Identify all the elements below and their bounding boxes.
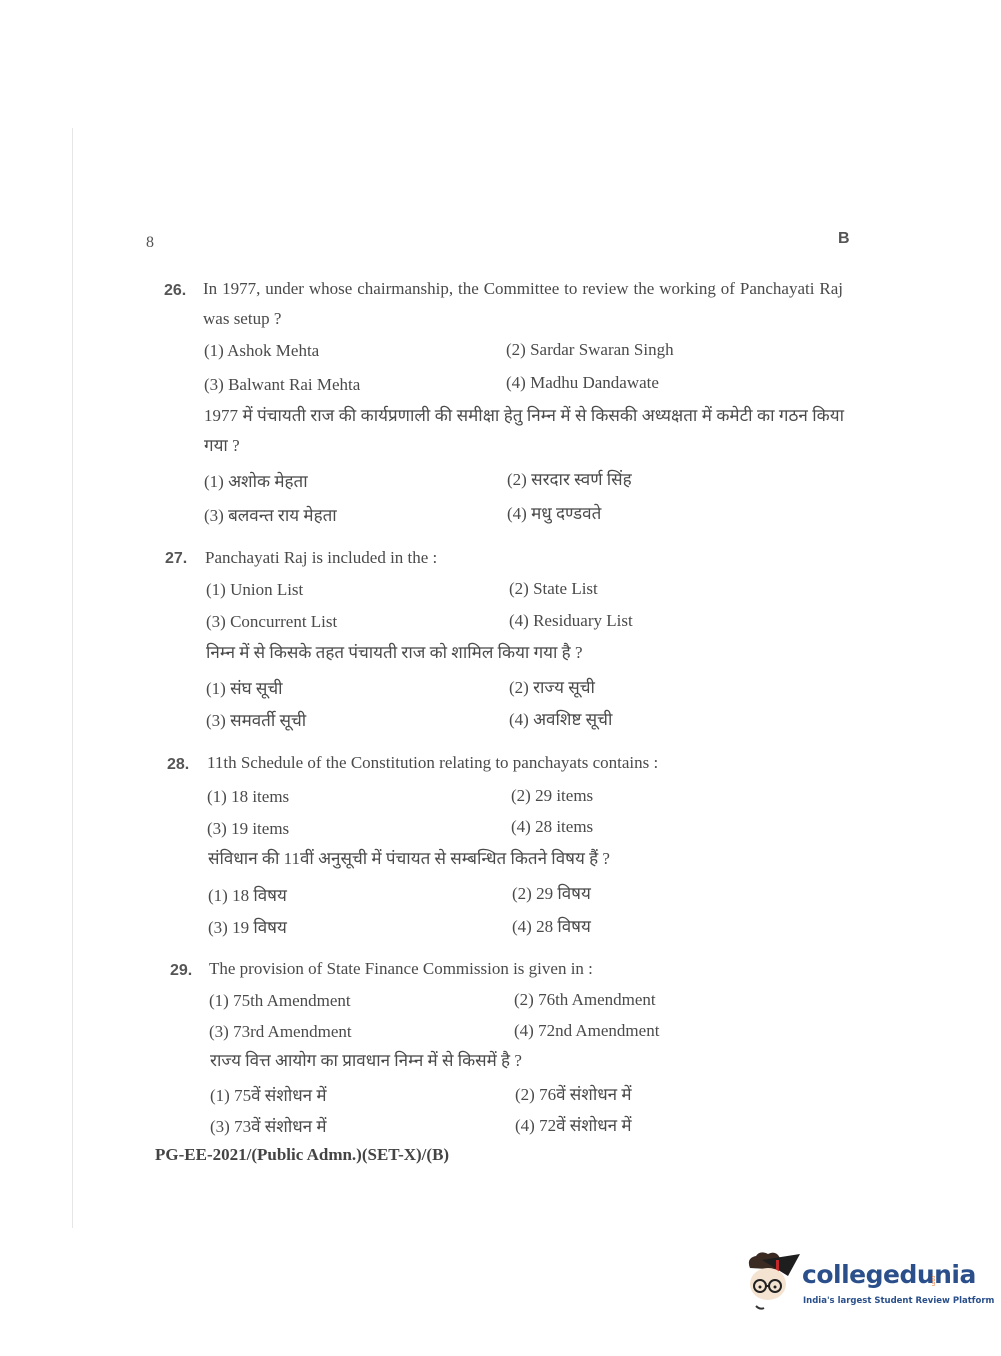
logo-tagline: India's largest Student Review Platform	[803, 1296, 994, 1306]
option-hi-1: (1) अशोक मेहता	[204, 469, 308, 492]
option-en-4: (4) Residuary List	[509, 611, 633, 631]
question-text-en: Panchayati Raj is included in the :	[205, 543, 845, 573]
page-margin-line	[72, 128, 73, 1228]
mascot-icon	[742, 1250, 802, 1316]
option-en-4: (4) 28 items	[511, 817, 593, 837]
option-hi-2: (2) राज्य सूची	[509, 675, 595, 698]
option-hi-1: (1) 18 विषय	[208, 883, 287, 906]
option-en-4: (4) 72nd Amendment	[514, 1021, 659, 1041]
option-en-2: (2) 76th Amendment	[514, 990, 656, 1010]
option-hi-3: (3) बलवन्त राय मेहता	[204, 503, 337, 526]
logo-suffix: .com	[930, 1274, 936, 1286]
option-en-1: (1) Union List	[206, 580, 303, 600]
question-text-hi: 1977 में पंचायती राज की कार्यप्रणाली की …	[204, 401, 844, 461]
question-text-hi: निम्न में से किसके तहत पंचायती राज को शा…	[206, 638, 846, 668]
question-text-en: The provision of State Finance Commissio…	[209, 954, 849, 984]
option-hi-2: (2) सरदार स्वर्ण सिंह	[507, 467, 632, 490]
option-en-2: (2) State List	[509, 579, 598, 599]
paper-code-footer: PG-EE-2021/(Public Admn.)(SET-X)/(B)	[155, 1145, 449, 1165]
option-en-3: (3) Balwant Rai Mehta	[204, 375, 360, 395]
logo-wordmark: collegedunia	[802, 1260, 976, 1289]
option-hi-1: (1) 75वें संशोधन में	[210, 1083, 327, 1106]
option-en-4: (4) Madhu Dandawate	[506, 373, 659, 393]
question-number: 29.	[170, 962, 192, 980]
option-hi-4: (4) अवशिष्ट सूची	[509, 707, 612, 730]
question-number: 26.	[164, 282, 186, 300]
question-number: 28.	[167, 756, 189, 774]
collegedunia-logo[interactable]: collegedunia .com India's largest Studen…	[742, 1250, 972, 1320]
set-code: B	[838, 230, 850, 248]
option-hi-3: (3) 19 विषय	[208, 915, 287, 938]
option-hi-3: (3) 73वें संशोधन में	[210, 1114, 327, 1137]
question-text-hi: संविधान की 11वीं अनुसूची में पंचायत से स…	[208, 844, 848, 874]
option-en-1: (1) 18 items	[207, 787, 289, 807]
option-en-3: (3) Concurrent List	[206, 612, 337, 632]
option-hi-1: (1) संघ सूची	[206, 676, 283, 699]
page-number: 8	[146, 234, 154, 252]
option-en-2: (2) Sardar Swaran Singh	[506, 340, 674, 360]
option-hi-4: (4) 28 विषय	[512, 914, 591, 937]
option-en-1: (1) Ashok Mehta	[204, 341, 319, 361]
option-hi-4: (4) 72वें संशोधन में	[515, 1113, 632, 1136]
option-en-3: (3) 19 items	[207, 819, 289, 839]
option-hi-2: (2) 76वें संशोधन में	[515, 1082, 632, 1105]
option-en-2: (2) 29 items	[511, 786, 593, 806]
option-hi-4: (4) मधु दण्डवते	[507, 501, 601, 524]
question-text-en: In 1977, under whose chairmanship, the C…	[203, 274, 843, 334]
option-hi-3: (3) समवर्ती सूची	[206, 708, 306, 731]
option-en-3: (3) 73rd Amendment	[209, 1022, 352, 1042]
question-text-en: 11th Schedule of the Constitution relati…	[207, 748, 847, 778]
question-number: 27.	[165, 550, 187, 568]
question-text-hi: राज्य वित्त आयोग का प्रावधान निम्न में स…	[210, 1046, 850, 1076]
option-en-1: (1) 75th Amendment	[209, 991, 351, 1011]
option-hi-2: (2) 29 विषय	[512, 881, 591, 904]
